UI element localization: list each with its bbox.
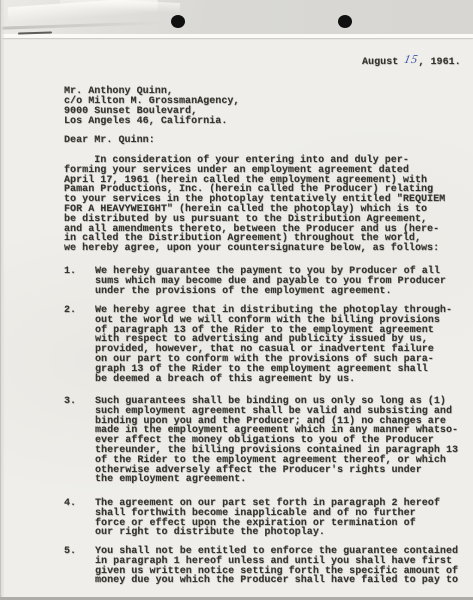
hole-punch-left [171, 15, 185, 28]
date-month: August [362, 57, 398, 68]
salutation: Dear Mr. Quinn: [64, 136, 155, 146]
clause-5-text: You shall not be entitled to enforce the… [95, 547, 458, 586]
scanned-letter-page: August 15, 1961. Mr. Anthony Quinn, c/o … [0, 0, 473, 600]
clause-1-text: We hereby guarantee the payment to you b… [95, 267, 446, 296]
clause-4-text: The agreement on our part set forth in p… [95, 499, 440, 538]
scan-left-edge [0, 0, 5, 600]
clause-2-text: We hereby agree that in distributing the… [95, 306, 452, 384]
date-line: August 15, 1961. [362, 56, 461, 68]
clause-3-text: Such guarantees shall be binding on us o… [95, 397, 458, 485]
recipient-address: Mr. Anthony Quinn, c/o Milton M. Grossma… [64, 87, 239, 127]
intro-paragraph: In consideration of your entering into a… [64, 156, 445, 254]
date-year: , 1961. [418, 57, 460, 68]
page-top-wrinkled-strip [0, 0, 473, 36]
clause-4-number: 4. [64, 499, 76, 509]
handwritten-day: 15 [404, 55, 420, 65]
page-overlap-seam [0, 34, 473, 38]
paper-wrinkle-shadow [0, 21, 160, 30]
hole-punch-right [338, 15, 352, 28]
clause-2-number: 2. [64, 306, 76, 316]
clause-3-number: 3. [64, 397, 76, 407]
clause-5-number: 5. [64, 547, 76, 557]
clause-1-number: 1. [64, 267, 76, 277]
